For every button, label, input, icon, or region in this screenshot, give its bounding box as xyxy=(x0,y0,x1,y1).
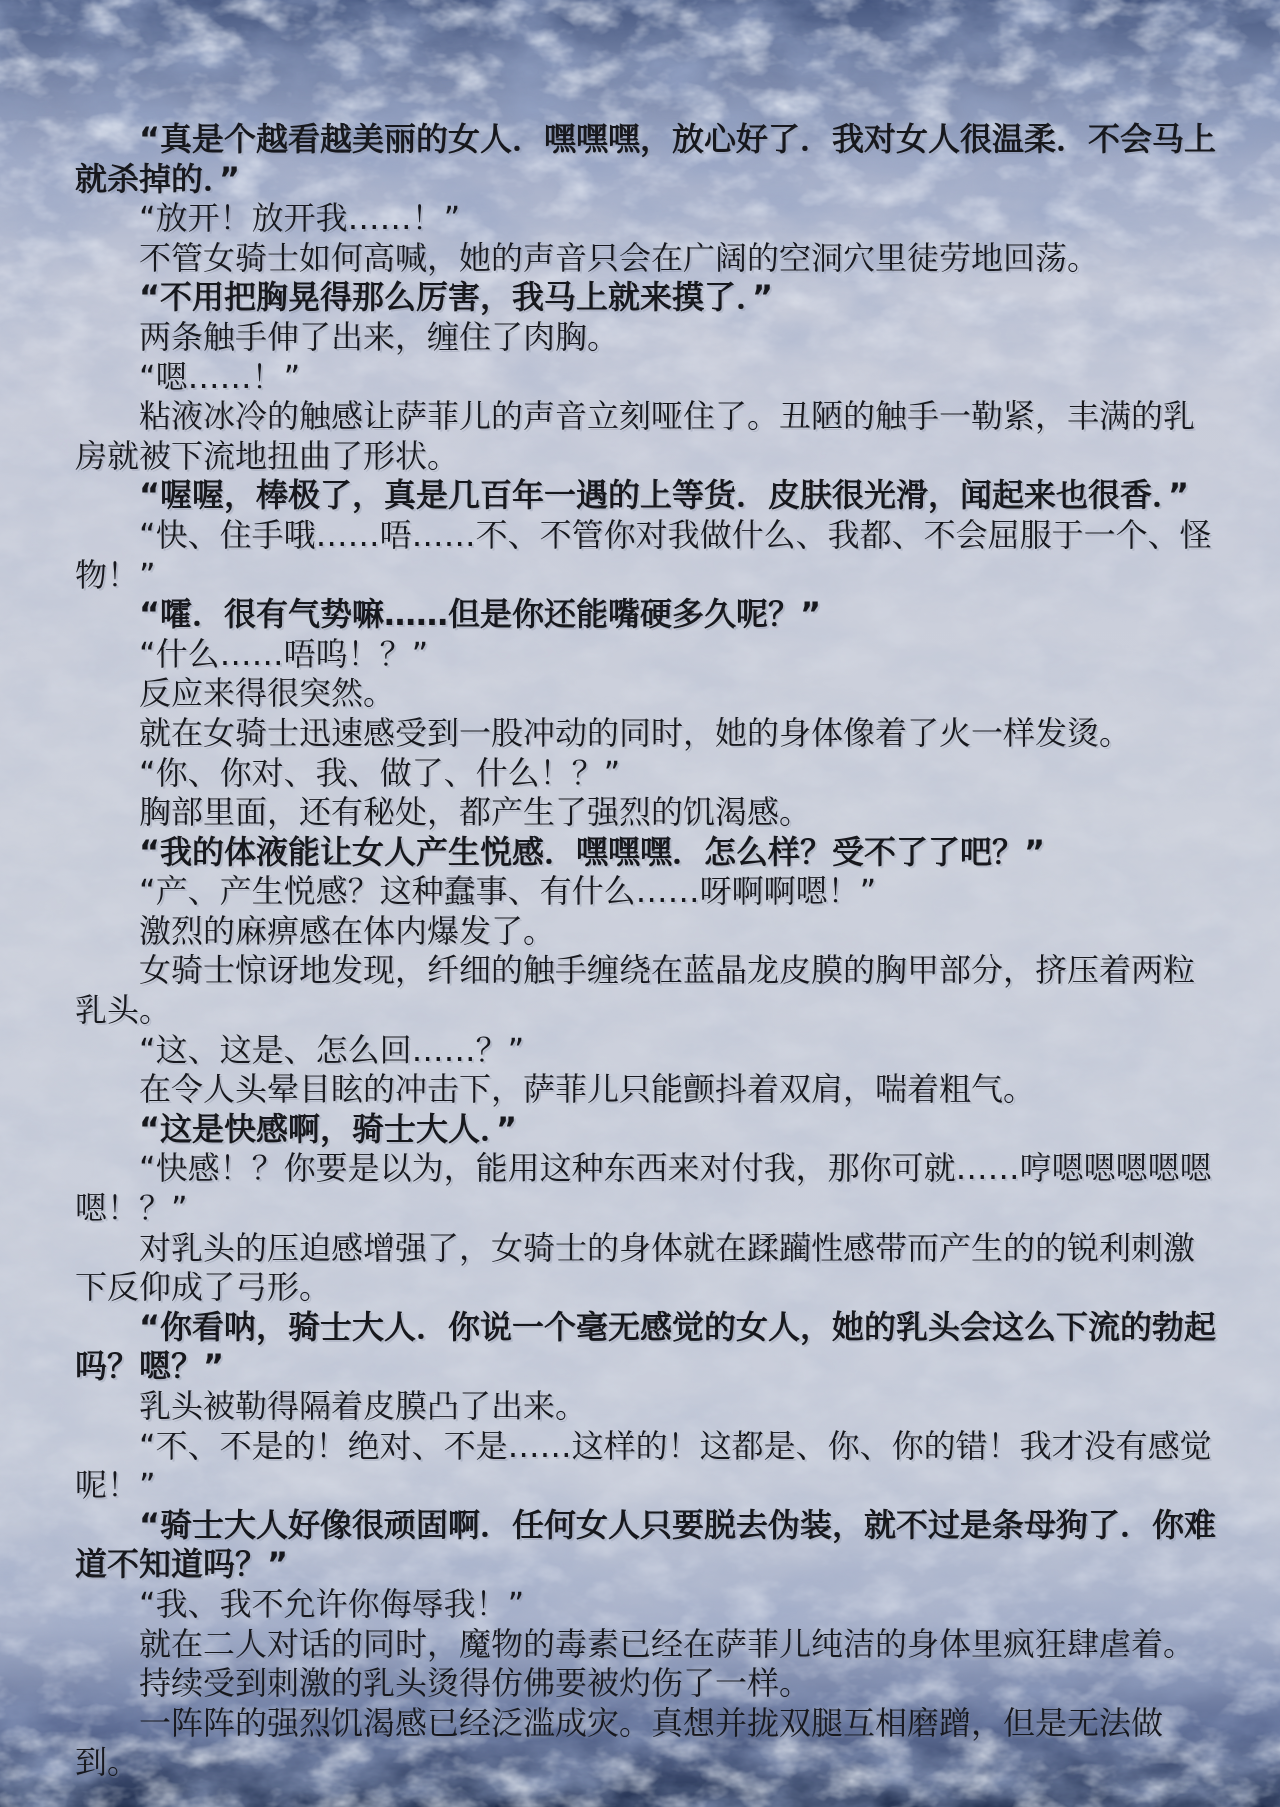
story-paragraph: “不用把胸晃得那么厉害，我马上就来摸了．” xyxy=(75,278,1217,318)
novel-page: “真是个越看越美丽的女人．嘿嘿嘿，放心好了．我对女人很温柔．不会马上就杀掉的．”… xyxy=(0,0,1280,1807)
story-paragraph: “真是个越看越美丽的女人．嘿嘿嘿，放心好了．我对女人很温柔．不会马上就杀掉的．” xyxy=(75,120,1217,199)
story-paragraph: 在令人头晕目眩的冲击下，萨菲儿只能颤抖着双肩，喘着粗气。 xyxy=(75,1070,1217,1110)
story-paragraph: “我、我不允许你侮辱我！” xyxy=(75,1585,1217,1625)
story-paragraph: “喔喔，棒极了，真是几百年一遇的上等货．皮肤很光滑，闻起来也很香．” xyxy=(75,476,1217,516)
story-paragraph: 不管女骑士如何高喊，她的声音只会在广阔的空洞穴里徒劳地回荡。 xyxy=(75,239,1217,279)
story-paragraph: 两条触手伸了出来，缠住了肉胸。 xyxy=(75,318,1217,358)
story-paragraph: “我的体液能让女人产生悦感．嘿嘿嘿．怎么样？受不了了吧？” xyxy=(75,833,1217,873)
story-paragraph: “快感！？你要是以为，能用这种东西来对付我，那你可就……哼嗯嗯嗯嗯嗯嗯！？” xyxy=(75,1149,1217,1228)
story-paragraph: 激烈的麻痹感在体内爆发了。 xyxy=(75,912,1217,952)
story-paragraph: “骑士大人好像很顽固啊．任何女人只要脱去伪装，就不过是条母狗了．你难道不知道吗？… xyxy=(75,1506,1217,1585)
story-paragraph: “产、产生悦感？这种蠢事、有什么……呀啊啊嗯！” xyxy=(75,872,1217,912)
story-paragraph: 就在女骑士迅速感受到一股冲动的同时，她的身体像着了火一样发烫。 xyxy=(75,714,1217,754)
story-paragraph: 对乳头的压迫感增强了，女骑士的身体就在蹂躏性感带而产生的的锐利刺激下反仰成了弓形… xyxy=(75,1229,1217,1308)
story-paragraph: 一阵阵的强烈饥渴感已经泛滥成灾。真想并拢双腿互相磨蹭，但是无法做到。 xyxy=(75,1704,1217,1783)
story-paragraph: 持续受到刺激的乳头烫得仿佛要被灼伤了一样。 xyxy=(75,1664,1217,1704)
story-paragraph: “你看呐，骑士大人．你说一个毫无感觉的女人，她的乳头会这么下流的勃起吗？嗯？” xyxy=(75,1308,1217,1387)
story-paragraph: 粘液冰冷的触感让萨菲儿的声音立刻哑住了。丑陋的触手一勒紧，丰满的乳房就被下流地扭… xyxy=(75,397,1217,476)
story-paragraph: “这是快感啊，骑士大人．” xyxy=(75,1110,1217,1150)
story-paragraph: “放开！放开我……！” xyxy=(75,199,1217,239)
story-paragraph: “这、这是、怎么回……？” xyxy=(75,1031,1217,1071)
story-paragraph: “嚯．很有气势嘛……但是你还能嘴硬多久呢？” xyxy=(75,595,1217,635)
story-paragraph: 乳头被勒得隔着皮膜凸了出来。 xyxy=(75,1387,1217,1427)
story-paragraph: 女骑士惊讶地发现，纤细的触手缠绕在蓝晶龙皮膜的胸甲部分，挤压着两粒乳头。 xyxy=(75,951,1217,1030)
story-paragraph: 就在二人对话的同时，魔物的毒素已经在萨菲儿纯洁的身体里疯狂肆虐着。 xyxy=(75,1625,1217,1665)
story-text-block: “真是个越看越美丽的女人．嘿嘿嘿，放心好了．我对女人很温柔．不会马上就杀掉的．”… xyxy=(75,120,1217,1783)
story-paragraph: “什么……唔呜！？” xyxy=(75,635,1217,675)
story-paragraph: “你、你对、我、做了、什么！？” xyxy=(75,754,1217,794)
story-paragraph: 反应来得很突然。 xyxy=(75,674,1217,714)
story-paragraph: “快、住手哦……唔……不、不管你对我做什么、我都、不会屈服于一个、怪物！” xyxy=(75,516,1217,595)
story-paragraph: “嗯……！” xyxy=(75,358,1217,398)
story-paragraph: 胸部里面，还有秘处，都产生了强烈的饥渴感。 xyxy=(75,793,1217,833)
story-paragraph: “不、不是的！绝对、不是……这样的！这都是、你、你的错！我才没有感觉呢！” xyxy=(75,1427,1217,1506)
